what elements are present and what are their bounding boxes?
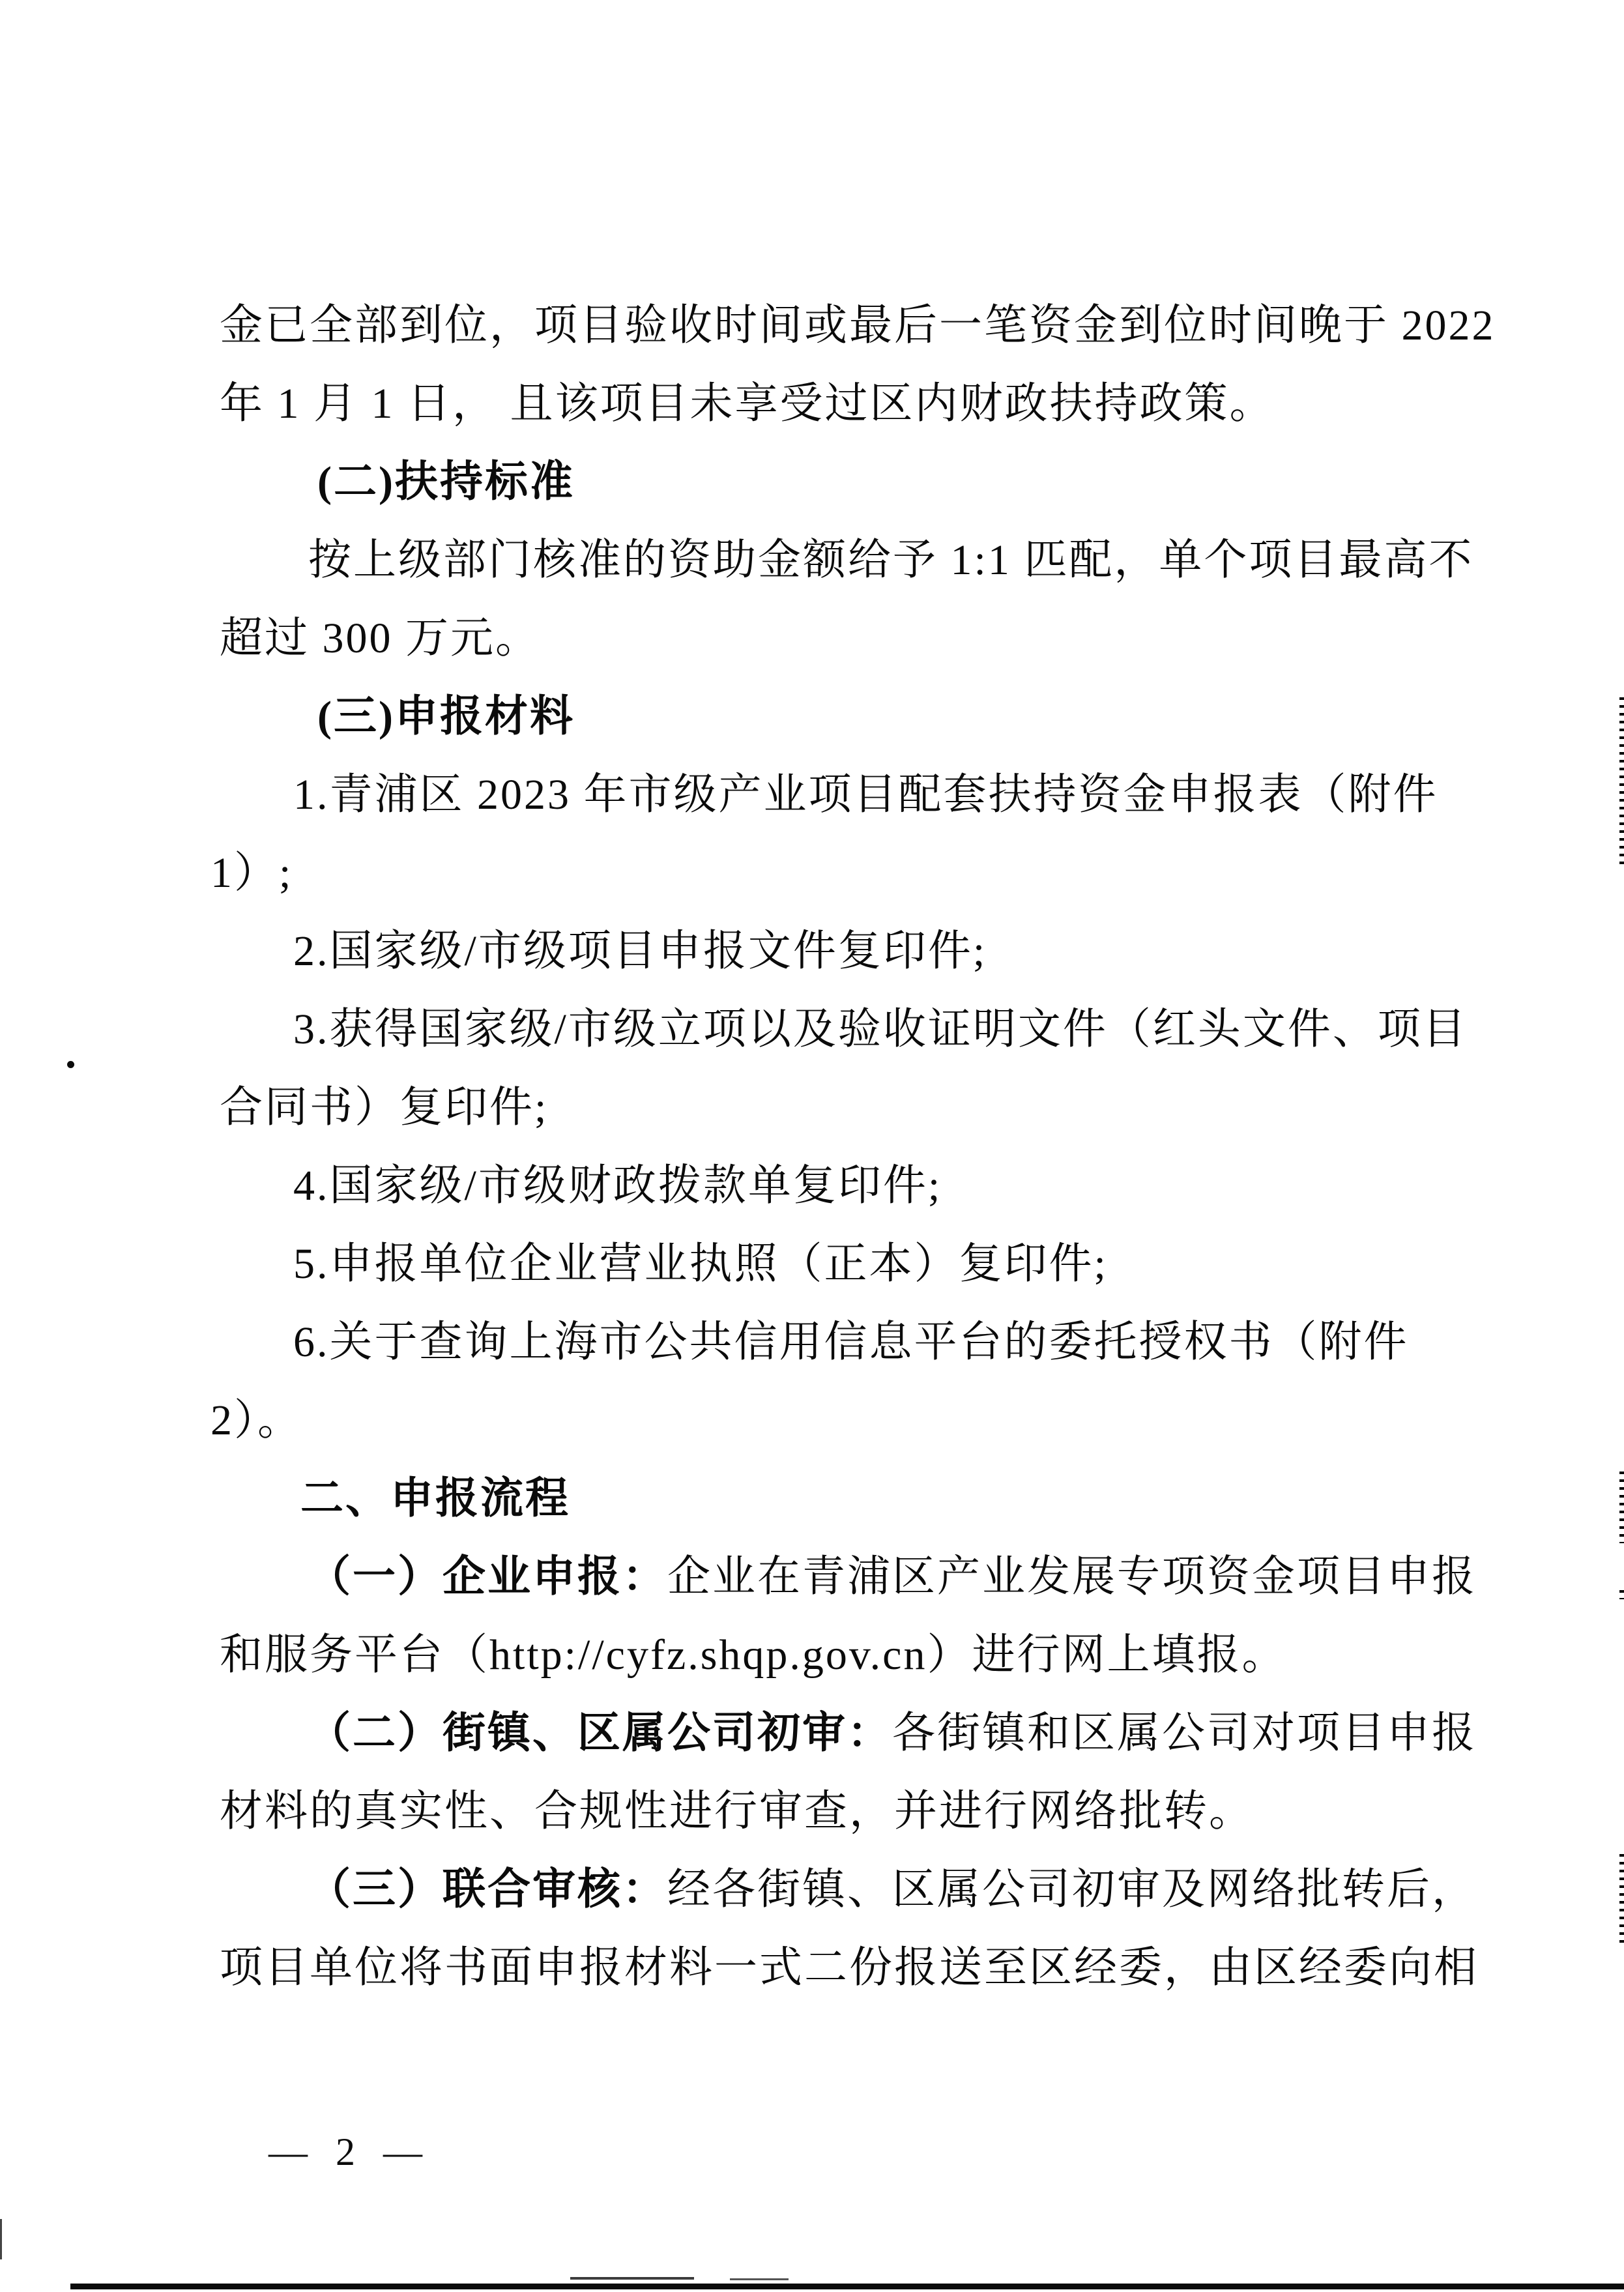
- document-line: 超过 300 万元。: [220, 615, 540, 663]
- scan-artifact-dot: [67, 1061, 74, 1068]
- list-item-line: 4.国家级/市级财政拨款单复印件;: [293, 1162, 942, 1210]
- document-line: 金已全部到位，项目验收时间或最后一笔资金到位时间晚于 2022: [220, 302, 1496, 350]
- line-text: 1.青浦区 2023 年市级产业项目配套扶持资金申报表（附件: [293, 771, 1438, 819]
- document-line: 2）。: [210, 1397, 302, 1445]
- list-item-line: 5.申报单位企业营业执照（正本）复印件;: [293, 1240, 1108, 1288]
- list-item-line: 2.国家级/市级项目申报文件复印件;: [293, 927, 987, 976]
- document-line: 年 1 月 1 日， 且该项目未享受过区内财政扶持政策。: [220, 380, 1275, 428]
- list-item-line: 6.关于查询上海市公共信用信息平台的委托授权书（附件: [293, 1318, 1409, 1367]
- line-text: 经各街镇、区属公司初审及网络批转后，: [667, 1866, 1477, 1913]
- line-text: 金已全部到位，项目验收时间或最后一笔资金到位时间晚于 2022: [220, 302, 1496, 349]
- line-bold-text: （二）街镇、区属公司初审：: [308, 1709, 892, 1757]
- line-text: 项目单位将书面申报材料一式二份报送至区经委，由区经委向相: [220, 1944, 1479, 1992]
- document-line: （一）企业申报：企业在青浦区产业发展专项资金项目申报: [308, 1553, 1477, 1601]
- section-heading: 二、申报流程: [300, 1475, 570, 1523]
- scan-artifact-right-edge: [1619, 1854, 1624, 1945]
- line-text: 2）。: [210, 1397, 302, 1444]
- document-line: （三）联合审核：经各街镇、区属公司初审及网络批转后，: [308, 1866, 1477, 1914]
- line-text: 4.国家级/市级财政拨款单复印件;: [293, 1162, 942, 1210]
- line-text: 超过 300 万元。: [220, 615, 540, 662]
- document-line: 1）;: [210, 849, 293, 897]
- line-text: 3.获得国家级/市级立项以及验收证明文件（红头文件、项目: [293, 1006, 1468, 1053]
- document-line: 项目单位将书面申报材料一式二份报送至区经委，由区经委向相: [220, 1944, 1479, 1992]
- line-text: 和服务平台（http://cyfz.shqp.gov.cn）进行网上填报。: [220, 1631, 1286, 1679]
- document-line: （二）街镇、区属公司初审：各街镇和区属公司对项目申报: [308, 1709, 1477, 1758]
- line-text: 材料的真实性、合规性进行审查，并进行网络批转。: [220, 1788, 1254, 1835]
- document-line: 按上级部门核准的资助金额给予 1:1 匹配，单个项目最高不: [308, 536, 1473, 585]
- document-line: 材料的真实性、合规性进行审查，并进行网络批转。: [220, 1788, 1254, 1836]
- scan-artifact-right-edge: [1619, 1472, 1624, 1543]
- scan-artifact-right-edge: [1619, 1590, 1624, 1599]
- page-number: — 2 —: [268, 2130, 431, 2175]
- line-text: 2.国家级/市级项目申报文件复印件;: [293, 927, 987, 975]
- section-heading: (三)申报材料: [317, 693, 575, 741]
- line-bold-text: 二、申报流程: [300, 1475, 570, 1522]
- line-text: 5.申报单位企业营业执照（正本）复印件;: [293, 1240, 1108, 1288]
- line-text: 6.关于查询上海市公共信用信息平台的委托授权书（附件: [293, 1318, 1409, 1366]
- scan-artifact-left-edge: [0, 2219, 2, 2259]
- line-text: 1）;: [210, 849, 293, 897]
- list-item-line: 3.获得国家级/市级立项以及验收证明文件（红头文件、项目: [293, 1006, 1468, 1054]
- list-item-line: 1.青浦区 2023 年市级产业项目配套扶持资金申报表（附件: [293, 771, 1438, 819]
- document-line: 合同书）复印件;: [220, 1084, 548, 1132]
- document-line: 和服务平台（http://cyfz.shqp.gov.cn）进行网上填报。: [220, 1631, 1286, 1679]
- line-bold-text: （一）企业申报：: [308, 1553, 667, 1601]
- scan-artifact-smudge: [570, 2277, 694, 2280]
- line-text: 各街镇和区属公司对项目申报: [892, 1709, 1477, 1757]
- line-bold-text: (二)扶持标准: [317, 458, 575, 506]
- scan-artifact-smudge: [730, 2278, 789, 2280]
- line-bold-text: （三）联合审核：: [308, 1866, 667, 1913]
- line-text: 按上级部门核准的资助金额给予 1:1 匹配，单个项目最高不: [308, 536, 1473, 584]
- document-page: 金已全部到位，项目验收时间或最后一笔资金到位时间晚于 2022 年 1 月 1 …: [0, 0, 1624, 2292]
- line-text: 合同书）复印件;: [220, 1084, 548, 1131]
- line-text: 企业在青浦区产业发展专项资金项目申报: [667, 1553, 1477, 1601]
- line-bold-text: (三)申报材料: [317, 693, 575, 740]
- scan-artifact-bottom-line: [70, 2284, 1624, 2289]
- line-text: 年 1 月 1 日， 且该项目未享受过区内财政扶持政策。: [220, 380, 1275, 428]
- scan-artifact-right-edge: [1619, 697, 1624, 867]
- section-heading: (二)扶持标准: [317, 458, 575, 506]
